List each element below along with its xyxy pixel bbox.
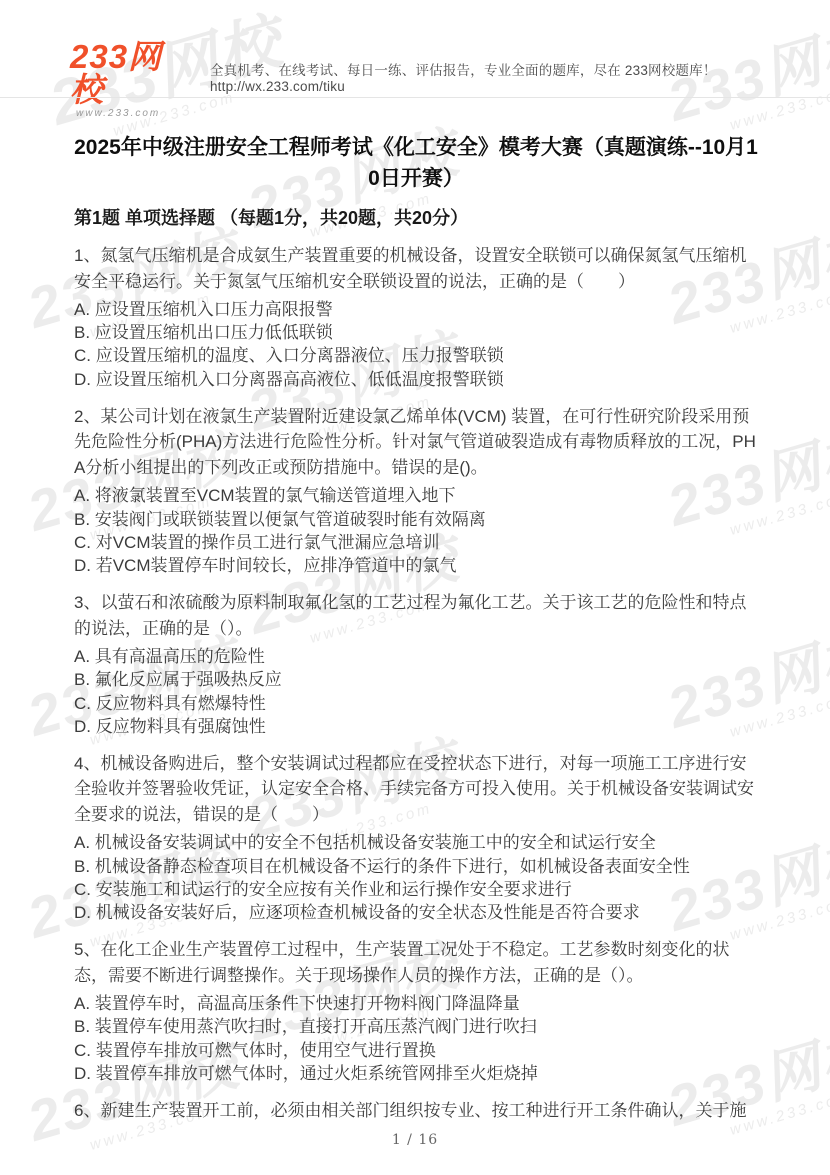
question-options: A. 应设置压缩机入口压力高限报警B. 应设置压缩机出口压力低低联锁C. 应设置… <box>74 298 758 391</box>
question-option: D. 装置停车排放可燃气体时，通过火炬系统管网排至火炬烧掉 <box>74 1062 758 1085</box>
question: 6、新建生产装置开工前，必须由相关部门组织按专业、按工种进行开工条件确认，关于施 <box>74 1098 758 1124</box>
question: 5、在化工企业生产装置停工过程中，生产装置工况处于不稳定。工艺参数时刻变化的状态… <box>74 937 758 1085</box>
question-stem: 1、氮氢气压缩机是合成氨生产装置重要的机械设备，设置安全联锁可以确保氮氢气压缩机… <box>74 243 758 294</box>
question-options: A. 机械设备安装调试中的安全不包括机械设备安装施工中的安全和试运行安全B. 机… <box>74 831 758 924</box>
question-option: A. 装置停车时，高温高压条件下快速打开物料阀门降温降量 <box>74 992 758 1015</box>
exam-content: 2025年中级注册安全工程师考试《化工安全》模考大赛（真题演练--10月10日开… <box>74 98 758 1124</box>
question: 4、机械设备购进后，整个安装调试过程都应在受控状态下进行，对每一项施工工序进行安… <box>74 751 758 924</box>
question-list: 1、氮氢气压缩机是合成氨生产装置重要的机械设备，设置安全联锁可以确保氮氢气压缩机… <box>74 243 758 1124</box>
question-option: C. 安装施工和试运行的安全应按有关作业和运行操作安全要求进行 <box>74 878 758 901</box>
page-footer: 1 / 16 <box>0 1131 830 1149</box>
question: 3、以萤石和浓硫酸为原料制取氟化氢的工艺过程为氟化工艺。关于该工艺的危险性和特点… <box>74 590 758 738</box>
question-option: D. 机械设备安装好后，应逐项检查机械设备的安全状态及性能是否符合要求 <box>74 901 758 924</box>
question-option: A. 应设置压缩机入口压力高限报警 <box>74 298 758 321</box>
question-option: C. 反应物料具有燃爆特性 <box>74 692 758 715</box>
question-stem: 5、在化工企业生产装置停工过程中，生产装置工况处于不稳定。工艺参数时刻变化的状态… <box>74 937 758 988</box>
question-stem: 6、新建生产装置开工前，必须由相关部门组织按专业、按工种进行开工条件确认，关于施 <box>74 1098 758 1124</box>
question-option: A. 机械设备安装调试中的安全不包括机械设备安装施工中的安全和试运行安全 <box>74 831 758 854</box>
question-option: D. 反应物料具有强腐蚀性 <box>74 715 758 738</box>
question-option: C. 应设置压缩机的温度、入口分离器液位、压力报警联锁 <box>74 344 758 367</box>
question-stem: 3、以萤石和浓硫酸为原料制取氟化氢的工艺过程为氟化工艺。关于该工艺的危险性和特点… <box>74 590 758 641</box>
question-option: C. 对VCM装置的操作员工进行氯气泄漏应急培训 <box>74 531 758 554</box>
question-option: A. 将液氯装置至VCM装置的氯气输送管道埋入地下 <box>74 484 758 507</box>
question-option: B. 应设置压缩机出口压力低低联锁 <box>74 321 758 344</box>
question-option: D. 若VCM装置停车时间较长，应排净管道中的氯气 <box>74 554 758 577</box>
question-option: B. 氟化反应属于强吸热反应 <box>74 668 758 691</box>
question: 1、氮氢气压缩机是合成氨生产装置重要的机械设备，设置安全联锁可以确保氮氢气压缩机… <box>74 243 758 391</box>
question-options: A. 将液氯装置至VCM装置的氯气输送管道埋入地下B. 安装阀门或联锁装置以便氯… <box>74 484 758 577</box>
question-option: D. 应设置压缩机入口分离器高高液位、低低温度报警联锁 <box>74 368 758 391</box>
question-option: B. 安装阀门或联锁装置以便氯气管道破裂时能有效隔离 <box>74 508 758 531</box>
question-options: A. 具有高温高压的危险性B. 氟化反应属于强吸热反应C. 反应物料具有燃爆特性… <box>74 645 758 738</box>
question-options: A. 装置停车时，高温高压条件下快速打开物料阀门降温降量B. 装置停车使用蒸汽吹… <box>74 992 758 1085</box>
exam-document-page: 233网校www.233.com 233网校www.233.com 233网校w… <box>0 0 830 1175</box>
question-stem: 4、机械设备购进后，整个安装调试过程都应在受控状态下进行，对每一项施工工序进行安… <box>74 751 758 828</box>
question-option: C. 装置停车排放可燃气体时，使用空气进行置换 <box>74 1039 758 1062</box>
exam-title: 2025年中级注册安全工程师考试《化工安全》模考大赛（真题演练--10月10日开… <box>74 132 758 194</box>
header-tagline: 全真机考、在线考试、每日一练、评估报告，专业全面的题库，尽在 233网校题库！h… <box>210 59 800 94</box>
question-option: B. 机械设备静态检查项目在机械设备不运行的条件下进行，如机械设备表面安全性 <box>74 855 758 878</box>
question: 2、某公司计划在液氯生产装置附近建设氯乙烯单体(VCM) 装置，在可行性研究阶段… <box>74 404 758 577</box>
question-stem: 2、某公司计划在液氯生产装置附近建设氯乙烯单体(VCM) 装置，在可行性研究阶段… <box>74 404 758 481</box>
question-option: A. 具有高温高压的危险性 <box>74 645 758 668</box>
section-heading: 第1题 单项选择题 （每题1分，共20题，共20分） <box>74 206 758 230</box>
question-option: B. 装置停车使用蒸汽吹扫时，直接打开高压蒸汽阀门进行吹扫 <box>74 1015 758 1038</box>
page-indicator: 1 / 16 <box>392 1132 438 1148</box>
